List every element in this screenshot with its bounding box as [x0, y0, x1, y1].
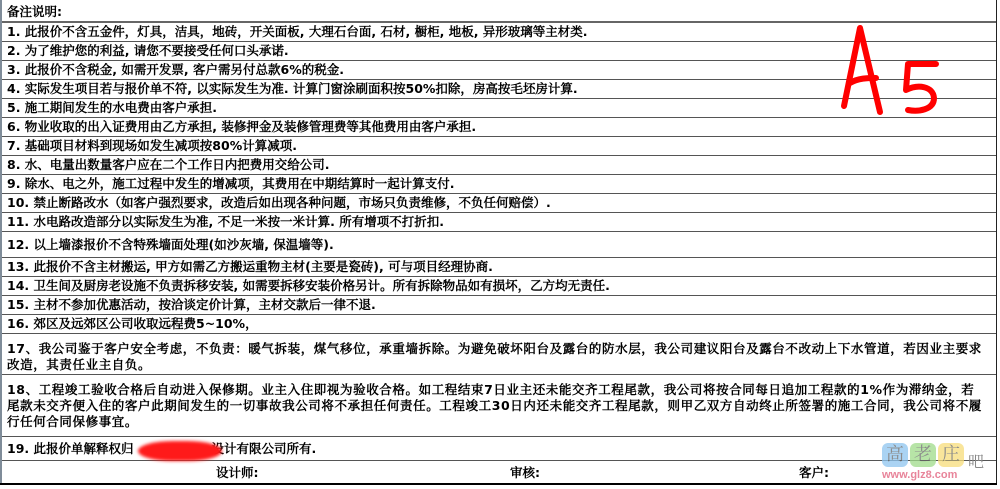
note-row-8: 8. 水、电量出数量客户应在二个工作日内把费用交给公司. [2, 156, 996, 175]
remarks-title-text: 备注说明: [7, 4, 62, 19]
note-row-6: 6. 物业收取的出入证费用由乙方承担, 装修押金及装修管理费等其他费用由客户承担… [2, 118, 996, 137]
note-text: 11. 水电路改造部分以实际发生为准, 不足一米按一米计算. 所有增项不打折扣. [7, 213, 444, 231]
bottom-border [0, 483, 997, 485]
note-text: 13. 此报价不含主材搬运, 甲方如需乙方搬运重物主材(主要是瓷砖), 可与项目… [7, 258, 493, 276]
note-row-12: 12. 以上墙漆报价不含特殊墙面处理(如沙灰墙, 保温墙等). [2, 232, 996, 258]
note19-suffix: 设计有限公司所有. [212, 441, 317, 456]
note-text: 4. 实际发生项目若与报价单不符, 以实际发生为准. 计算门窗涂刷面积按50%扣… [7, 80, 578, 98]
note-row-16: 16. 郊区及远郊区公司收取远程费5~10%， [2, 315, 996, 334]
reviewer-signature-label: 审核: [510, 464, 540, 482]
watermark-char-3: 庄 [938, 443, 964, 467]
note-row-18: 18、工程竣工验收合格后自动进入保修期。业主入住即视为验收合格。如工程结束7日业… [2, 375, 996, 437]
note-row-7: 7. 基础项目材料到现场如发生减项按80%计算减项. [2, 137, 996, 156]
note-row-11: 11. 水电路改造部分以实际发生为准, 不足一米按一米计算. 所有增项不打折扣. [2, 213, 996, 232]
note19-prefix: 19. 此报价单解释权归 [7, 441, 134, 456]
note-text: 10. 禁止断路改水（如客户强烈要求，改造后如出现各种问题，市场只负责维修，不负… [7, 194, 551, 212]
customer-signature-label: 客户: [799, 464, 829, 482]
note-text: 1. 此报价不含五金件，灯具，洁具，地砖，开关面板, 大理石台面, 石材, 橱柜… [7, 23, 588, 41]
watermark-url: www.glz8.com [882, 469, 957, 481]
note-text: 5. 施工期间发生的水电费由客户承担. [7, 99, 217, 117]
note-text: 2. 为了维护您的利益, 请您不要接受任何口头承诺. [7, 42, 289, 60]
watermark-char-2: 老 [910, 443, 936, 467]
note-row-10: 10. 禁止断路改水（如客户强烈要求，改造后如出现各种问题，市场只负责维修，不负… [2, 194, 996, 213]
note-text: 8. 水、电量出数量客户应在二个工作日内把费用交给公司. [7, 156, 330, 174]
note-text: 12. 以上墙漆报价不含特殊墙面处理(如沙灰墙, 保温墙等). [7, 236, 334, 254]
note-row-9: 9. 除水、电之外，施工过程中发生的增减项，其费用在中期结算时一起计算支付. [2, 175, 996, 194]
note-row-17: 17、我公司鉴于客户安全考虑，不负责：暖气拆装，煤气移位，承重墙拆除。为避免破坏… [2, 334, 996, 375]
note-text: 7. 基础项目材料到现场如发生减项按80%计算减项. [7, 137, 297, 155]
watermark-char-1: 高 [882, 443, 908, 467]
site-watermark: 高 老 庄 吧 www.glz8.com [882, 443, 994, 487]
designer-signature-label: 设计师: [216, 464, 259, 482]
note-row-13: 13. 此报价不含主材搬运, 甲方如需乙方搬运重物主材(主要是瓷砖), 可与项目… [2, 258, 996, 277]
note-text: 14. 卫生间及厨房老设施不负责拆移安装, 如需要拆移安装价格另计。所有拆除物品… [7, 277, 610, 295]
red-redaction-scribble [138, 441, 222, 461]
note-text: 6. 物业收取的出入证费用由乙方承担, 装修押金及装修管理费等其他费用由客户承担… [7, 118, 476, 136]
handwritten-a5-mark [838, 18, 948, 118]
note-text: 16. 郊区及远郊区公司收取远程费5~10%， [7, 315, 258, 333]
note-text: 15. 主材不参加优惠活动，按洽谈定价计算，主材交款后一律不退. [7, 296, 376, 314]
note-row-15: 15. 主材不参加优惠活动，按洽谈定价计算，主材交款后一律不退. [2, 296, 996, 315]
note-text: 18、工程竣工验收合格后自动进入保修期。业主入住即视为验收合格。如工程结束7日业… [7, 382, 982, 429]
note-text: 9. 除水、电之外，施工过程中发生的增减项，其费用在中期结算时一起计算支付. [7, 175, 455, 193]
watermark-suffix: 吧 [968, 449, 984, 472]
note-row-14: 14. 卫生间及厨房老设施不负责拆移安装, 如需要拆移安装价格另计。所有拆除物品… [2, 277, 996, 296]
note-text: 3. 此报价不含税金, 如需开发票, 客户需另付总款6%的税金. [7, 61, 344, 79]
note-text: 17、我公司鉴于客户安全考虑，不负责：暖气拆装，煤气移位，承重墙拆除。为避免破坏… [7, 341, 982, 372]
